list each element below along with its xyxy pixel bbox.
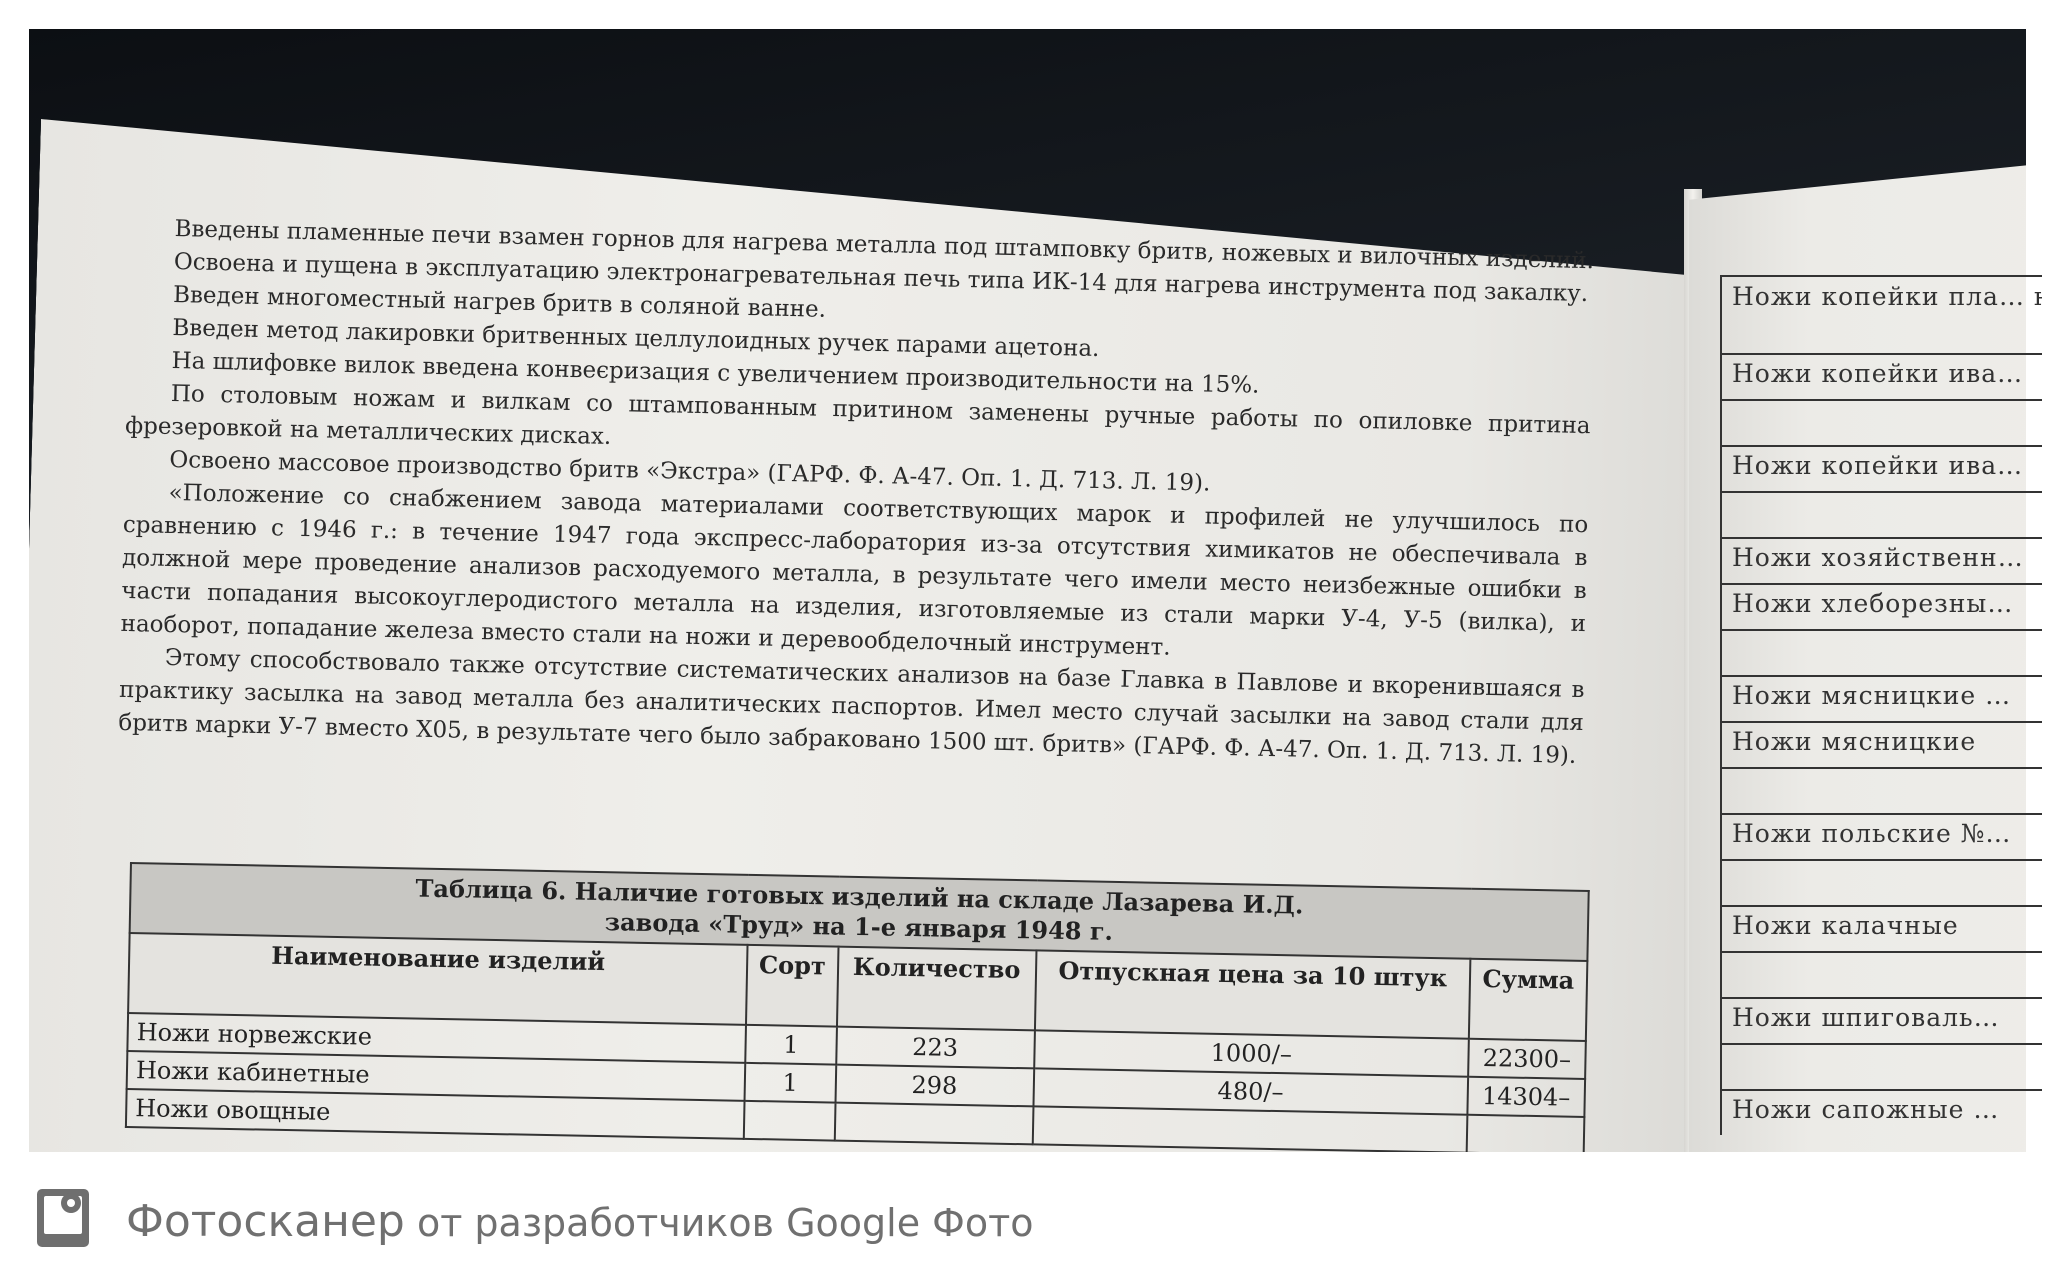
right-table-row: Ножи польские №…	[1722, 813, 2042, 859]
inventory-table: Таблица 6. Наличие готовых изделий на ск…	[125, 862, 1590, 1156]
right-table-row: Ножи мясницкие …	[1722, 675, 2042, 721]
right-table-row	[1722, 399, 2042, 445]
cell-quantity	[834, 1103, 1033, 1145]
right-table-row: Ножи калачные	[1722, 905, 2042, 951]
right-table-row	[1722, 767, 2042, 813]
cell-quantity: 223	[836, 1027, 1035, 1069]
right-table-row	[1722, 491, 2042, 537]
cell-price	[1032, 1106, 1467, 1152]
right-table-row: Ножи копейки пла… нержавеющая стал…	[1722, 275, 2042, 353]
cell-grade: 1	[745, 1025, 836, 1065]
cell-sum: 14304–	[1467, 1077, 1585, 1117]
right-table-row	[1722, 951, 2042, 997]
cell-grade: 1	[745, 1063, 836, 1103]
header-sum: Сумма	[1469, 959, 1588, 1041]
right-table-row	[1722, 1043, 2042, 1089]
brand-name: Фотосканер	[126, 1196, 405, 1247]
right-table-row: Ножи копейки ива…	[1722, 445, 2042, 491]
cell-grade	[744, 1101, 835, 1141]
right-table-row	[1722, 629, 2042, 675]
cell-sum: 22300–	[1468, 1039, 1586, 1079]
right-table-row: Ножи хозяйственн…	[1722, 537, 2042, 583]
header-grade: Сорт	[746, 945, 838, 1027]
header-quantity: Количество	[836, 947, 1036, 1031]
right-table-row: Ножи мясницкие	[1722, 721, 2042, 767]
right-table-row: Ножи копейки ива…	[1722, 353, 2042, 399]
watermark-text: Фотосканер от разработчиков Google Фото	[126, 1196, 1034, 1247]
cell-sum	[1467, 1115, 1585, 1155]
right-page-table: Ножи копейки пла… нержавеющая стал…Ножи …	[1720, 275, 2042, 1135]
right-table-row: Ножи шпиговаль…	[1722, 997, 2042, 1043]
paragraph: «Положение со снабжением завода материал…	[120, 476, 1588, 674]
header-name: Наименование изделий	[128, 933, 747, 1025]
header-price: Отпускная цена за 10 штук	[1035, 950, 1471, 1038]
cell-quantity: 298	[835, 1065, 1034, 1107]
right-table-row: Ножи сапожные …	[1722, 1089, 2042, 1135]
right-table-row: Ножи хлеборезны…	[1722, 583, 2042, 629]
body-text: Введены пламенные печи взамен горнов для…	[118, 212, 1595, 773]
brand-suffix: от разработчиков Google Фото	[417, 1201, 1034, 1245]
photoscan-icon	[37, 1189, 89, 1247]
right-table-row	[1722, 859, 2042, 905]
